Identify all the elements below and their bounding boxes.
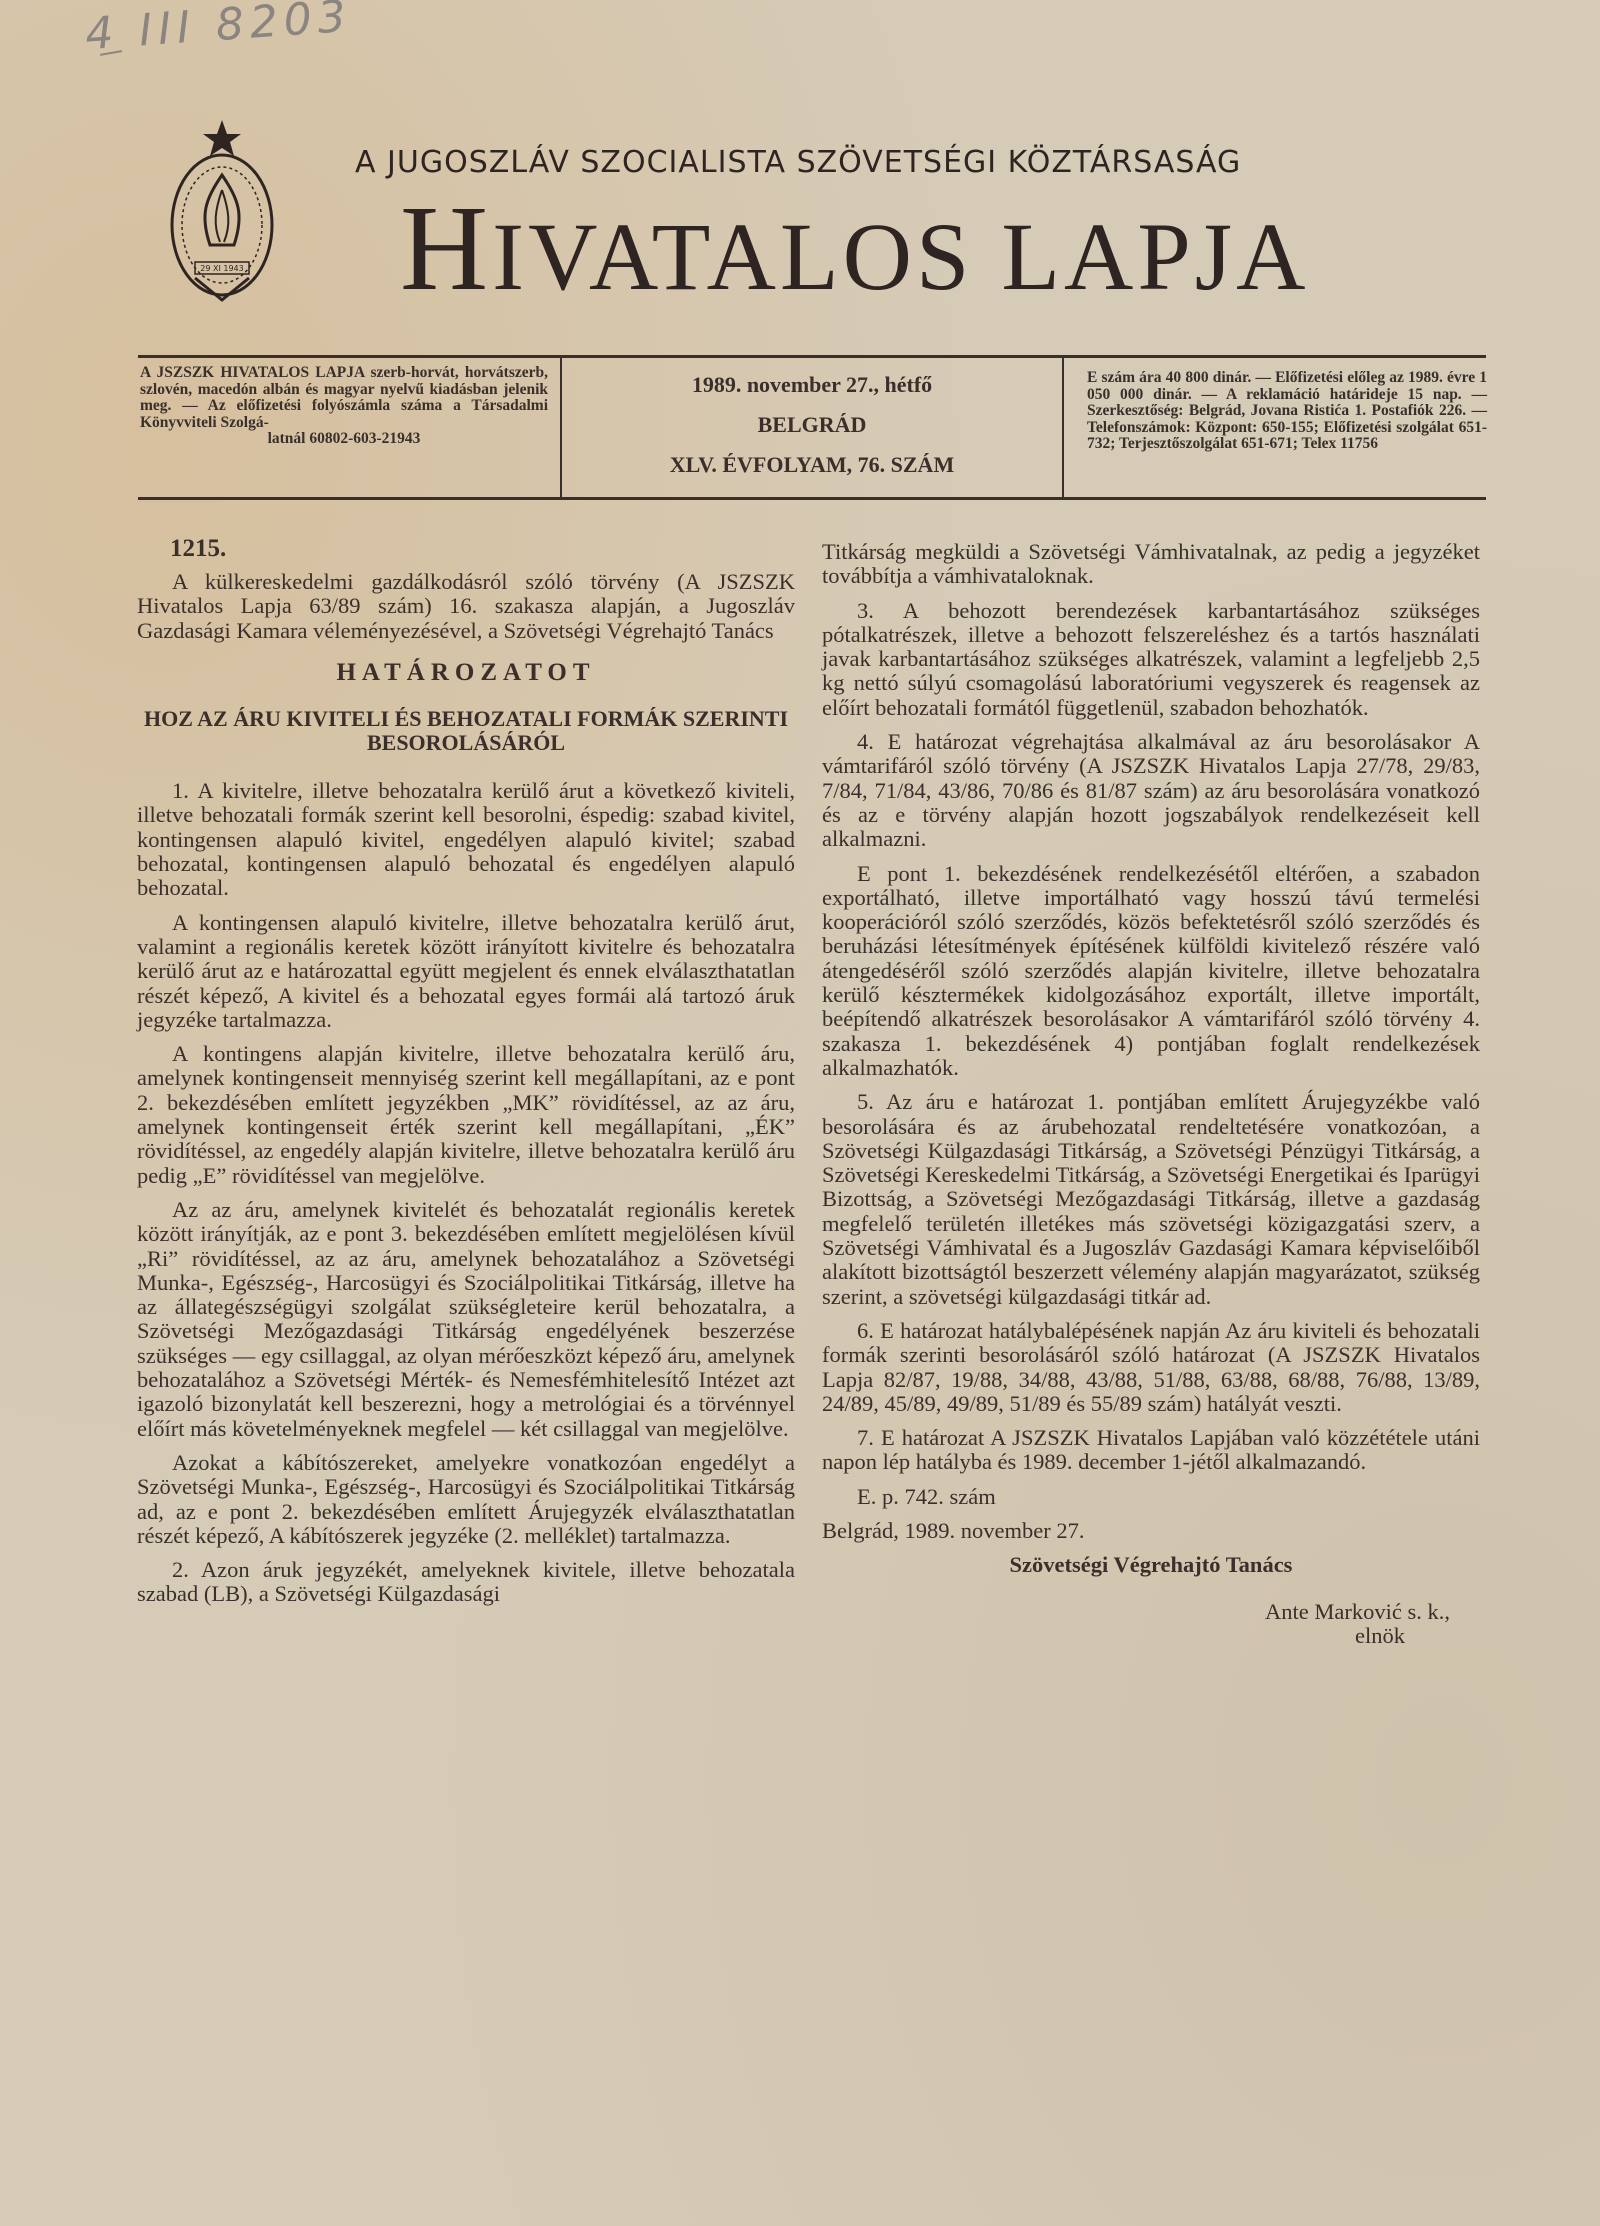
- paragraph: Titkárság megküldi a Szövetségi Vámhivat…: [822, 540, 1480, 589]
- price-contact-info: E szám ára 40 800 dinár. — Előfizetési e…: [1087, 370, 1487, 453]
- coat-of-arms-icon: 29 XI 1943: [165, 120, 280, 320]
- paragraph: 3. A behozott berendezések karbantartásá…: [822, 599, 1480, 720]
- header-top-rule: [138, 355, 1486, 358]
- paragraph: E pont 1. bekezdésének rendelkezésétől e…: [822, 862, 1480, 1081]
- paragraph: A kontingensen alapuló kivitelre, illetv…: [137, 911, 795, 1032]
- issuing-body: Szövetségi Végrehajtó Tanács: [822, 1553, 1480, 1577]
- left-column: A külkereskedelmi gazdálkodásról szóló t…: [137, 570, 795, 1617]
- paragraph: 6. E határozat hatálybalépésének napján …: [822, 1319, 1480, 1416]
- signatory-title: elnök: [822, 1624, 1480, 1648]
- right-column: Titkárság megküldi a Szövetségi Vámhivat…: [822, 540, 1480, 1648]
- masthead-subtitle: A JUGOSZLÁV SZOCIALISTA SZÖVETSÉGI KÖZTÁ…: [355, 145, 1455, 180]
- decree-reference: E. p. 742. szám: [822, 1485, 1480, 1509]
- issue-info: 1989. november 27., hétfő BELGRÁD XLV. É…: [562, 365, 1062, 485]
- paragraph: 5. Az áru e határozat 1. pontjában említ…: [822, 1090, 1480, 1309]
- paragraph: 1. A kivitelre, illetve behozatalra kerü…: [137, 779, 795, 900]
- decree-heading: HATÁROZATOT: [137, 661, 795, 685]
- publication-info: A JSZSZK HIVATALOS LAPJA szerb-horvát, h…: [140, 365, 548, 448]
- issue-volume: XLV. ÉVFOLYAM, 76. SZÁM: [562, 445, 1062, 485]
- archive-mark: 4 III 8203: [84, 0, 354, 60]
- svg-text:29 XI 1943: 29 XI 1943: [200, 264, 243, 273]
- paragraph: Az az áru, amelynek kivitelét és behozat…: [137, 1198, 795, 1441]
- decree-number: 1215.: [170, 535, 226, 563]
- paragraph: A kontingens alapján kivitelre, illetve …: [137, 1042, 795, 1188]
- masthead-title: HIVATALOS LAPJA: [400, 188, 1500, 310]
- paragraph: 7. E határozat A JSZSZK Hivatalos Lapjáb…: [822, 1426, 1480, 1475]
- issue-city: BELGRÁD: [562, 405, 1062, 445]
- place-date: Belgrád, 1989. november 27.: [822, 1519, 1480, 1543]
- signatory-name: Ante Marković s. k.,: [822, 1600, 1480, 1624]
- paragraph: 4. E határozat végrehajtása alkalmával a…: [822, 730, 1480, 851]
- paragraph: Azokat a kábítószereket, amelyekre vonat…: [137, 1451, 795, 1548]
- paragraph: 2. Azon áruk jegyzékét, amelyeknek kivit…: [137, 1558, 795, 1607]
- header-divider-right: [1062, 355, 1064, 500]
- header-bottom-rule: [138, 497, 1486, 500]
- decree-subheading: HOZ AZ ÁRU KIVITELI ÉS BEHOZATALI FORMÁK…: [137, 707, 795, 755]
- preamble: A külkereskedelmi gazdálkodásról szóló t…: [137, 570, 795, 643]
- issue-date: 1989. november 27., hétfő: [562, 365, 1062, 405]
